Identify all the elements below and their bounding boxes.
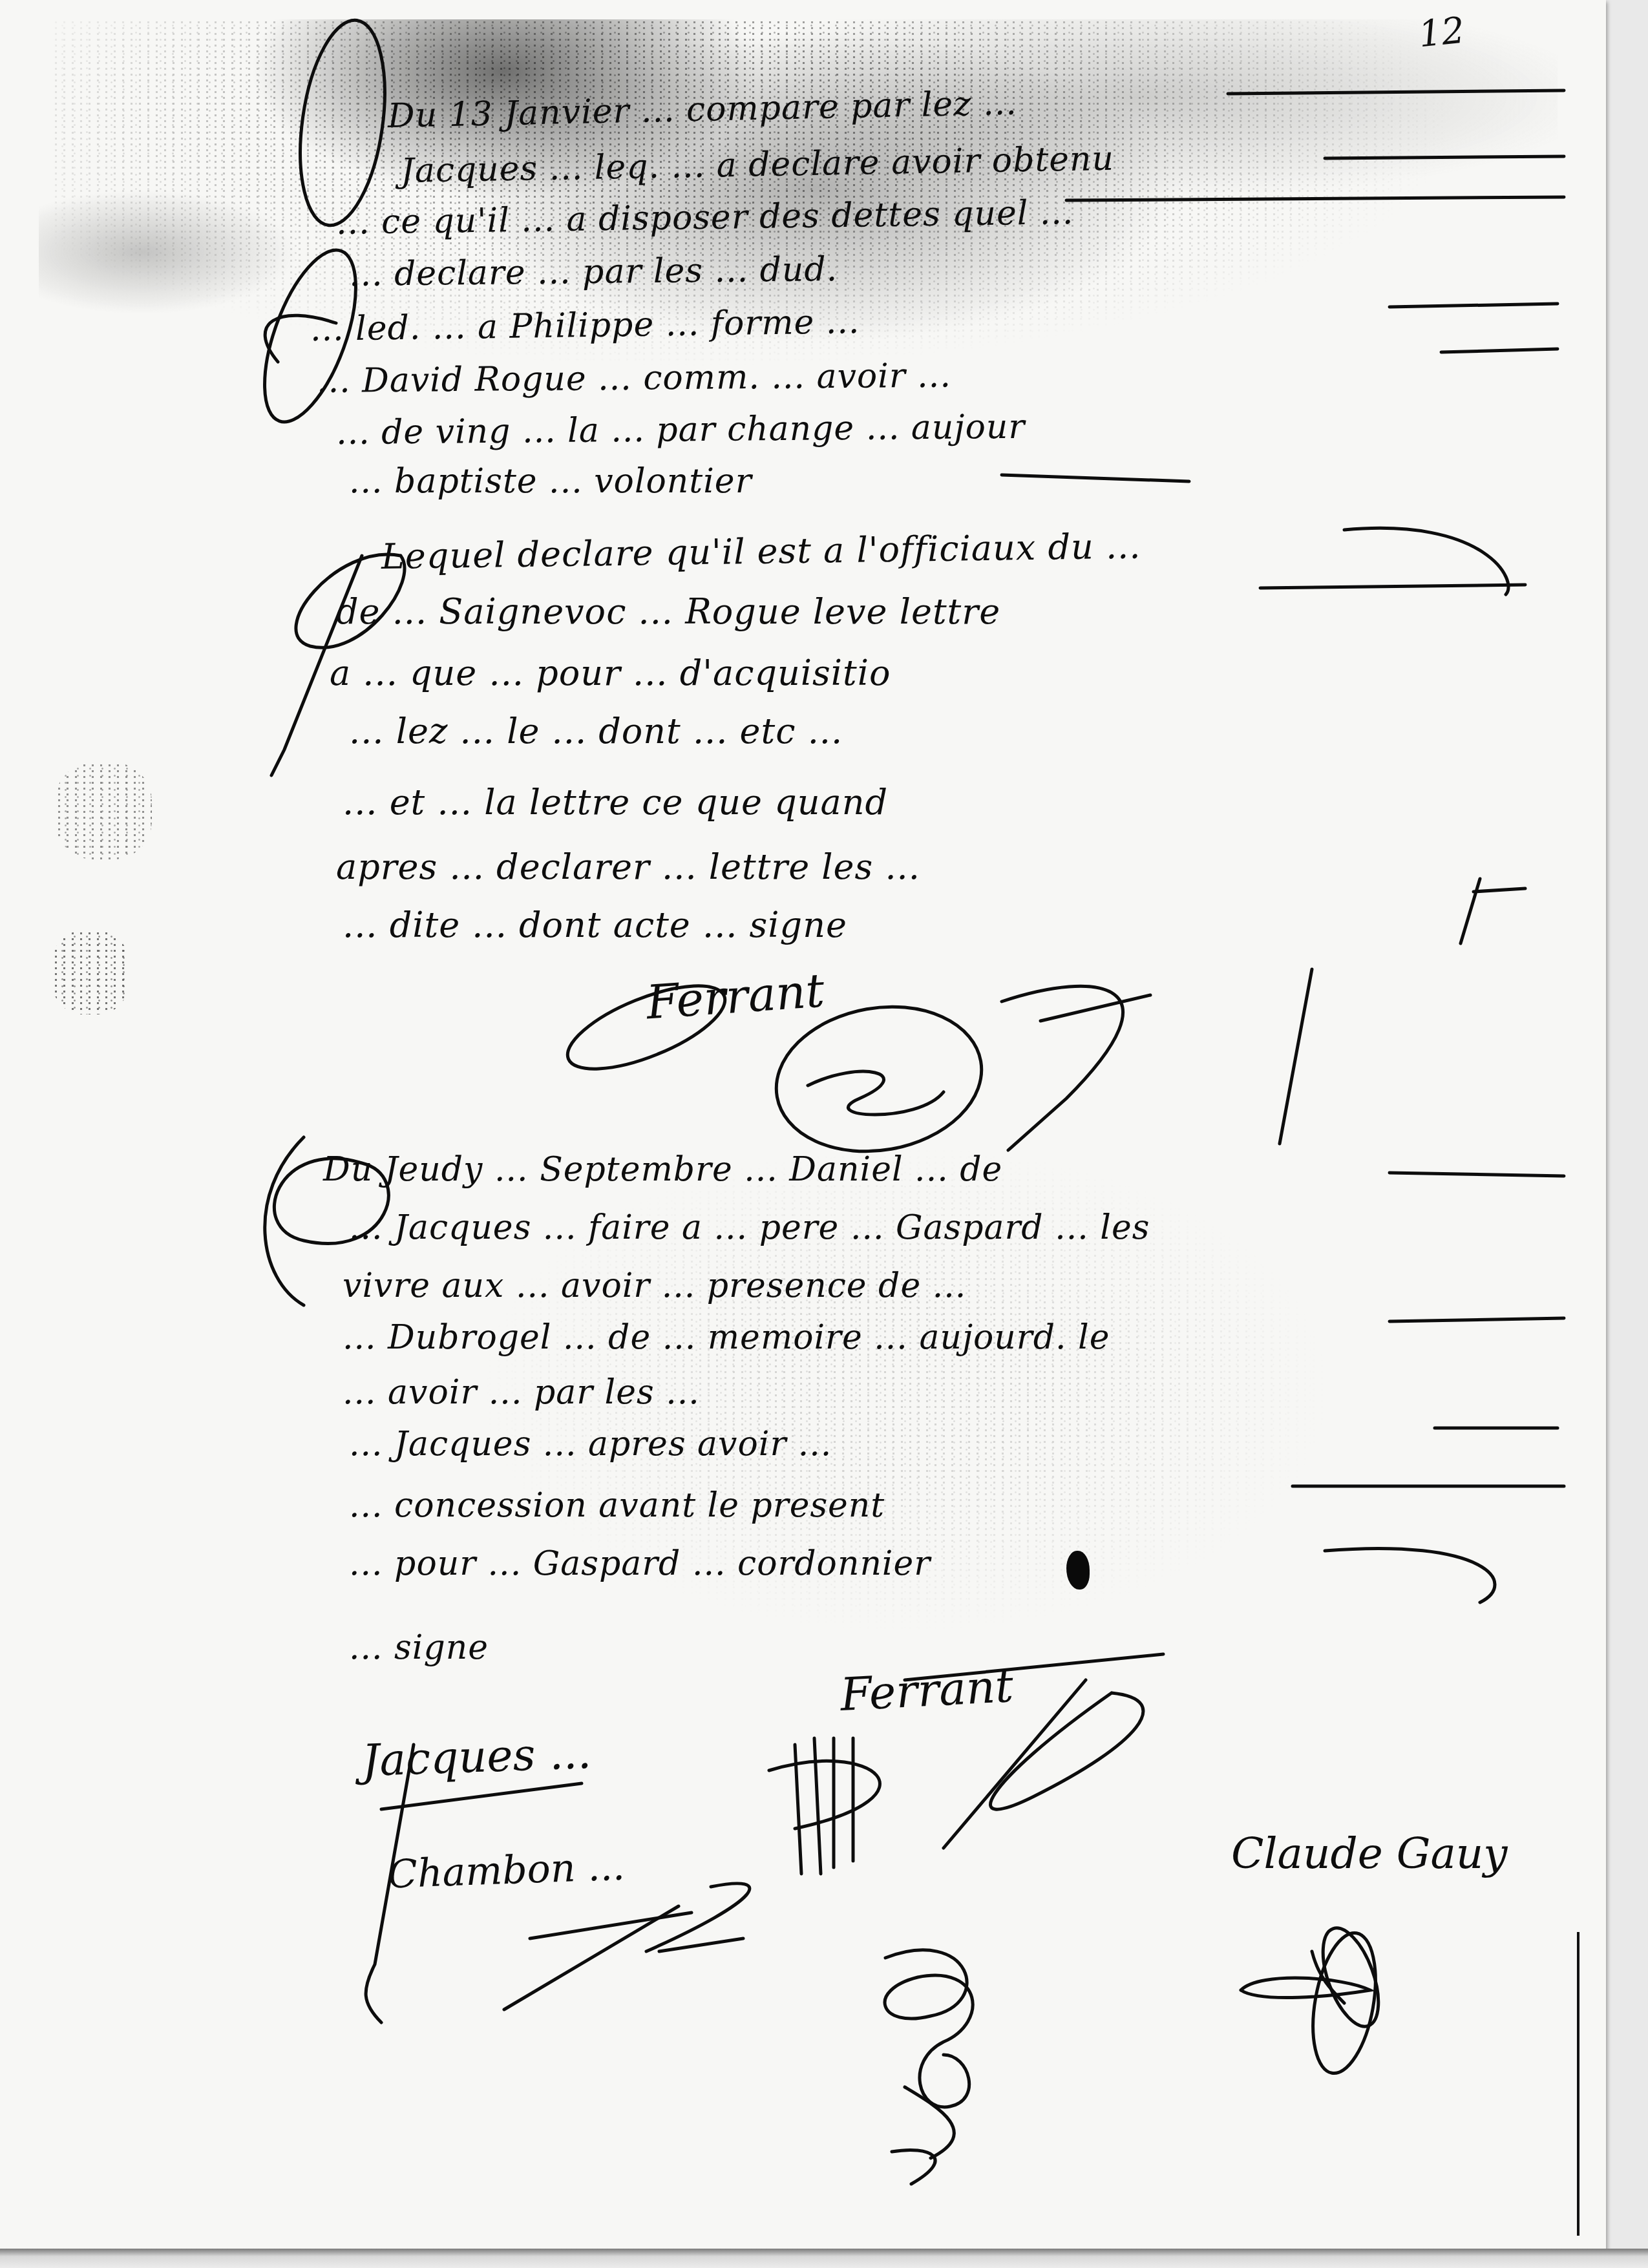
ink-flourishes	[0, 0, 1606, 2250]
scan-bottom-edge	[0, 2249, 1648, 2268]
document-page: 12 Du 13 Janvier ... compare par lez ...…	[0, 0, 1606, 2250]
